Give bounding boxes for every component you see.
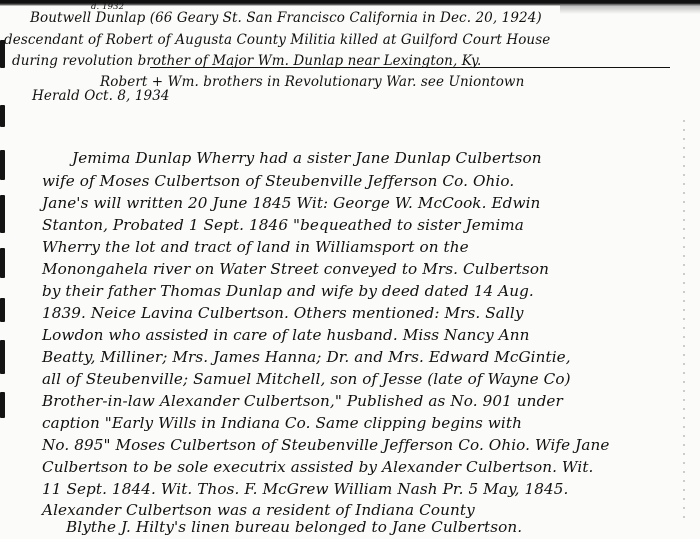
body-line: by their father Thomas Dunlap and wife b…	[42, 282, 534, 300]
body-line: Brother-in-law Alexander Culbertson," Pu…	[42, 392, 563, 410]
body-line: 1839. Neice Lavina Culbertson. Others me…	[42, 304, 524, 322]
body-line: Stanton, Probated 1 Sept. 1846 "bequeath…	[42, 216, 524, 234]
scanned-document-page: d. 1932 Boutwell Dunlap (66 Geary St. Sa…	[0, 0, 700, 539]
body-line: Culbertson to be sole executrix assisted…	[42, 458, 593, 476]
header-line: descendant of Robert of Augusta County M…	[4, 32, 550, 48]
handwritten-underline	[150, 67, 670, 68]
scan-shadow	[560, 4, 700, 14]
scan-right-edge-noise	[683, 120, 685, 520]
body-line: Jemima Dunlap Wherry had a sister Jane D…	[72, 149, 542, 167]
body-line: all of Steubenville; Samuel Mitchell, so…	[42, 370, 571, 388]
header-line: Boutwell Dunlap (66 Geary St. San Franci…	[30, 10, 542, 26]
body-line: Jane's will written 20 June 1845 Wit: Ge…	[42, 194, 540, 212]
body-line: No. 895" Moses Culbertson of Steubenvill…	[42, 436, 609, 454]
body-line: 11 Sept. 1844. Wit. Thos. F. McGrew Will…	[42, 480, 568, 498]
body-line: Wherry the lot and tract of land in Will…	[42, 238, 469, 256]
body-line: caption "Early Wills in Indiana Co. Same…	[42, 414, 522, 432]
body-line: Blythe J. Hilty's linen bureau belonged …	[66, 518, 522, 536]
scan-left-binding-edge	[0, 0, 5, 539]
header-line: Herald Oct. 8, 1934	[32, 88, 170, 104]
body-line: Alexander Culbertson was a resident of I…	[42, 501, 475, 519]
body-line: wife of Moses Culbertson of Steubenville…	[42, 172, 514, 190]
body-line: Lowdon who assisted in care of late husb…	[42, 326, 530, 344]
body-line: Beatty, Milliner; Mrs. James Hanna; Dr. …	[42, 348, 571, 366]
body-line: Monongahela river on Water Street convey…	[42, 260, 549, 278]
